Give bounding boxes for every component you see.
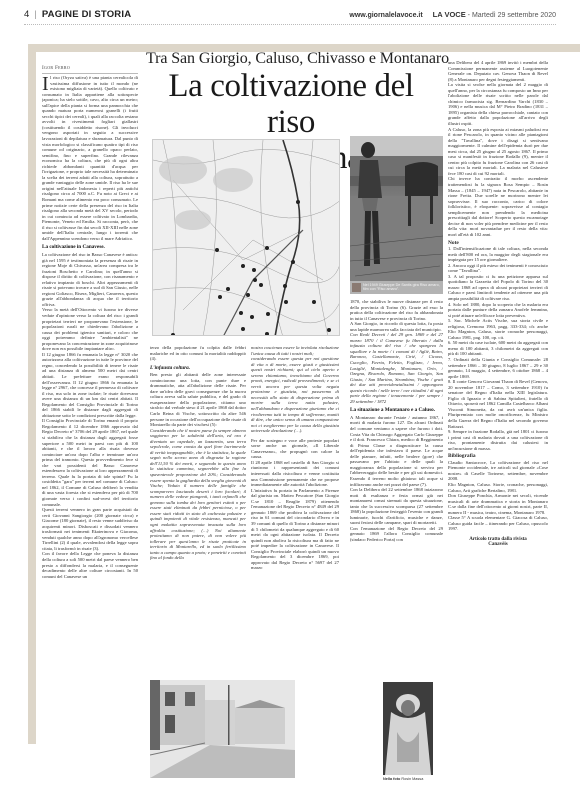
riso-amaro-photo bbox=[350, 136, 443, 281]
note-item: 1. Dall'intensificazione di tale coltura… bbox=[448, 246, 548, 263]
paragraph: Con il favore della Legge che poneva la … bbox=[42, 551, 138, 579]
paper-name: LA VOCE bbox=[433, 10, 466, 19]
bibliography-item: Classe 5° A scuola elementare G. Giacosa… bbox=[448, 515, 548, 532]
paragraph: A Caluso, la zona più esposta ai miasmi … bbox=[448, 127, 548, 177]
paragraph: una Delibera del 4 aprile 1869 invitò i … bbox=[448, 60, 548, 82]
masthead-divider bbox=[24, 24, 556, 25]
caption-swatch bbox=[352, 283, 361, 292]
paragraph: A San Giorgio, in ricordo di questa lott… bbox=[350, 321, 443, 332]
article-column-4: 1870, che stabiliva le nuove distanze pe… bbox=[350, 299, 443, 679]
photo-illustration bbox=[350, 136, 443, 281]
portrait-illustration bbox=[383, 682, 433, 775]
rosin-massa-portrait bbox=[383, 682, 433, 775]
quote: Considerando che il nostro paese fu semp… bbox=[150, 428, 246, 561]
paragraph: Verso la metà dell'Ottocento vi furono t… bbox=[42, 307, 138, 351]
article-source: Articolo tratto dalla rivista Canavèis bbox=[448, 537, 548, 548]
bibliography-item: Elio Magnton, Caluso. Storie, cronache, … bbox=[448, 482, 548, 493]
note-item: 7. Ordinati della Giunta e Consiglio Com… bbox=[448, 357, 548, 379]
note-item: 6. 50 metri da case isolate, 600 metri d… bbox=[448, 340, 548, 357]
intro-paragraph: Il riso (Oryza sativa) è una pianta cere… bbox=[42, 75, 138, 241]
map-illustration bbox=[153, 140, 340, 336]
note-item: 9. Sempre in frazione Rodallo, già nel 1… bbox=[448, 429, 548, 451]
paragraph: Chi invece ha contratto il morbo ascende… bbox=[448, 176, 548, 237]
article-column-2: terzo della popolazione fu colpita dalle… bbox=[150, 345, 246, 678]
article-column-5: una Delibera del 4 aprile 1869 invitò i … bbox=[448, 60, 548, 760]
paragraph: La visita si svolse nella giornata del 2… bbox=[448, 82, 548, 126]
masthead-info: www.giornalelavoce.it LA VOCE - Martedì … bbox=[349, 10, 556, 19]
paragraph: Il Consiglio Provinciale di Torino emanò… bbox=[42, 418, 138, 507]
quote: considerando essere questa per noi quest… bbox=[251, 356, 339, 434]
bibliography-item: Don Giuseppe Ponchia, Armonie nei secoli… bbox=[448, 493, 548, 515]
note-item: 2. Ancora oggi il più esteso dei tenimen… bbox=[448, 263, 548, 274]
website-link[interactable]: www.giornalelavoce.it bbox=[349, 12, 422, 19]
paragraph: Con la Delibera del 22 settembre 1868 in… bbox=[350, 487, 443, 526]
village-street-photo bbox=[150, 680, 295, 778]
paragraph: Ben presto gli abitanti delle zone inter… bbox=[150, 372, 246, 427]
subheading: La coltivazione in Canavese. bbox=[42, 245, 138, 251]
separator: | bbox=[34, 9, 37, 20]
paragraph: nostra coscienza essere la inviolata ris… bbox=[251, 345, 339, 356]
paragraph: 1870, che stabiliva le nuove distanze pe… bbox=[350, 299, 443, 321]
note-item: 5. Sac. Michele Actis Vische, sua storia… bbox=[448, 318, 548, 340]
headline-line-1: La coltivazione del riso bbox=[168, 68, 413, 140]
paragraph: Il 28 aprile 1868 nel castello di San Gi… bbox=[251, 460, 339, 488]
photo-credit: Nella foto Rosin Massa bbox=[383, 777, 423, 781]
photo-illustration bbox=[150, 680, 295, 778]
paragraph: Questi terreni vennero in gran parte acq… bbox=[42, 507, 138, 551]
subheading: L'infausta coltura. bbox=[150, 366, 246, 372]
bibliography-item: Claudio Santacroce, La coltivazione del … bbox=[448, 460, 548, 482]
note-item: 3. A tal proposito ci fu una petizione a… bbox=[448, 274, 548, 302]
section-name: PAGINE DI STORIA bbox=[42, 9, 131, 20]
note-item: 4. Solo nel 1880, dopo la scoperta che l… bbox=[448, 302, 548, 319]
page-masthead: 4 | PAGINE DI STORIA www.giornalelavoce.… bbox=[0, 0, 580, 22]
drop-cap: I bbox=[42, 76, 49, 92]
note-item: 8. Il conte Genova Giovanni Thaon di Rev… bbox=[448, 379, 548, 429]
subheading: La situazione a Montanaro e a Caluso. bbox=[350, 408, 443, 414]
article-kicker: Tra San Giorgio, Caluso, Chivasso e Mont… bbox=[146, 50, 436, 68]
section-label: 4 | PAGINE DI STORIA bbox=[24, 9, 131, 20]
paragraph: Per dar sostegno e voce alle proteste po… bbox=[251, 438, 339, 460]
paragraph: terzo della popolazione fu colpita dalle… bbox=[150, 345, 246, 362]
paragraph: Il 12 giugno 1866 fu emanata la legge n°… bbox=[42, 352, 138, 419]
article-column-3: nostra coscienza essere la inviolata ris… bbox=[251, 345, 339, 678]
paragraph: La coltivazione del riso in Basso Canave… bbox=[42, 252, 138, 307]
paragraph: A Montanaro durante l'estate / autunno 1… bbox=[350, 415, 443, 487]
plaque-inscription: Con Reali Decreti / del 29 gen. 1869 e d… bbox=[350, 332, 443, 404]
photo-caption: Nel 1949 Giuseppe De Santis gira Riso am… bbox=[350, 281, 443, 294]
article-column-1: Il riso (Oryza sativa) è una pianta cere… bbox=[42, 75, 138, 745]
issue-date: Martedì 29 settembre 2020 bbox=[472, 12, 556, 19]
paragraph: L'iniziativa fu portata in Parlamento a … bbox=[251, 488, 339, 571]
paragraph: Con l'emanazione del Regio Decreto del 2… bbox=[350, 526, 443, 543]
map-image bbox=[152, 139, 340, 336]
byline: Igor Ferro bbox=[42, 65, 138, 74]
page-number: 4 bbox=[24, 9, 29, 20]
